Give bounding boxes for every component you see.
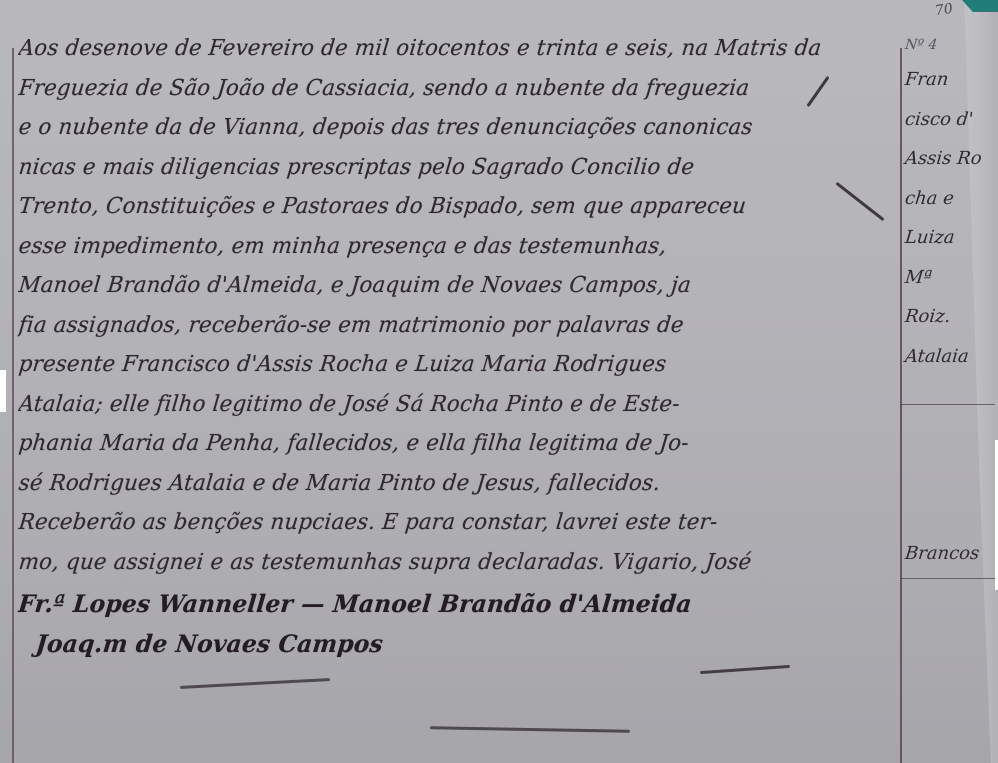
margin-note-line	[903, 455, 997, 495]
margin-note-line: Brancos	[903, 534, 997, 574]
margin-note-line: Fran	[903, 60, 997, 100]
text-line: phania Maria da Penha, fallecidos, e ell…	[16, 431, 874, 471]
text-line: Receberão as benções nupciaes. E para co…	[16, 510, 874, 550]
scanned-register-page: 70 Aos desenove de Fevereiro de mil oito…	[0, 0, 998, 763]
text-line: Trento, Constituições e Pastoraes do Bis…	[16, 194, 874, 234]
left-margin-rule	[12, 48, 14, 763]
text-line: e o nubente da de Vianna, depois das tre…	[16, 115, 874, 155]
margin-note-line: cha e	[903, 179, 997, 219]
text-line: nicas e mais diligencias prescriptas pel…	[16, 155, 874, 195]
margin-note-line: Atalaia	[903, 337, 997, 377]
signature-line: Joaq.m de Novaes Campos	[16, 629, 874, 669]
margin-note-line	[903, 416, 997, 456]
margin-note-line: cisco d'	[903, 100, 997, 140]
margin-note-line	[903, 495, 997, 535]
right-margin-rule	[900, 48, 902, 763]
scan-artifact	[0, 370, 6, 412]
text-line: Atalaia; elle filho legitimo de José Sá …	[16, 392, 874, 432]
text-line: mo, que assignei e as testemunhas supra …	[16, 550, 874, 590]
signature-flourish	[180, 678, 330, 689]
page-number: 70	[934, 1, 954, 19]
margin-note-line: Mª	[903, 258, 997, 298]
text-line: Freguezia de São João de Cassiacia, send…	[16, 76, 874, 116]
margin-note-line: Assis Ro	[903, 139, 997, 179]
margin-divider	[900, 578, 995, 579]
register-entry-text: Aos desenove de Fevereiro de mil oitocen…	[18, 36, 898, 668]
margin-annotation: Nº 4 Fran cisco d' Assis Ro cha e Luiza …	[905, 40, 995, 574]
text-line: Manoel Brandão d'Almeida, e Joaquim de N…	[16, 273, 874, 313]
text-line: esse impedimento, em minha presença e da…	[16, 234, 874, 274]
text-line: Aos desenove de Fevereiro de mil oitocen…	[16, 36, 874, 76]
margin-header: Nº 4	[903, 30, 996, 60]
margin-note-line: Roiz.	[903, 297, 997, 337]
margin-note-line: Luiza	[903, 218, 997, 258]
text-line: presente Francisco d'Assis Rocha e Luiza…	[16, 352, 874, 392]
signature-flourish	[430, 726, 630, 732]
signature-line: Fr.ª Lopes Wanneller — Manoel Brandão d'…	[16, 589, 874, 629]
margin-note-line	[903, 376, 997, 416]
text-line: fia assignados, receberão-se em matrimon…	[16, 313, 874, 353]
text-line: sé Rodrigues Atalaia e de Maria Pinto de…	[16, 471, 874, 511]
